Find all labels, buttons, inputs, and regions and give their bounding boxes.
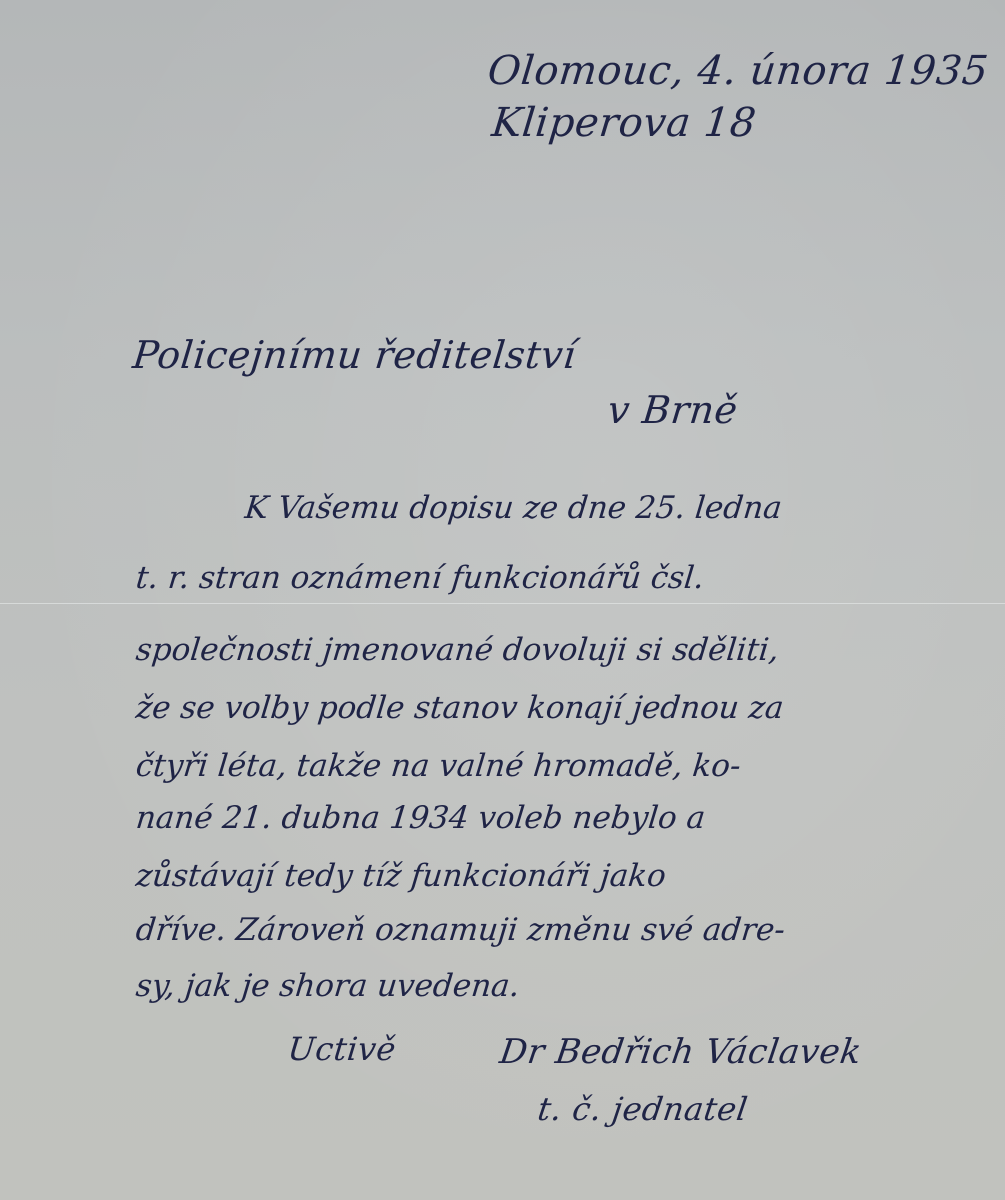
body-line: K Vašemu dopisu ze dne 25. ledna [243, 490, 784, 526]
body-line: sy, jak je shora uvedena. [134, 968, 521, 1004]
paper-fold-line [0, 603, 1005, 604]
body-line: dříve. Zároveň oznamuji změnu své adre- [134, 912, 787, 948]
closing-salutation: Uctivě [286, 1030, 398, 1068]
body-line: společnosti jmenované dovoluji si sdělit… [134, 632, 781, 668]
body-line: nané 21. dubna 1934 voleb nebylo a [134, 800, 707, 836]
recipient-city: v Brně [606, 388, 740, 432]
body-line: zůstávají tedy tíž funkcionáři jako [134, 858, 668, 894]
sender-address: Kliperova 18 [490, 100, 759, 146]
recipient-name: Policejnímu ředitelství [131, 333, 579, 377]
signature-title: t. č. jednatel [535, 1090, 750, 1128]
place-date: Olomouc, 4. února 1935 [486, 48, 991, 94]
body-line: t. r. stran oznámení funkcionářů čsl. [134, 560, 706, 596]
body-line: že se volby podle stanov konají jednou z… [134, 690, 785, 726]
letter-page: Olomouc, 4. února 1935 Kliperova 18 Poli… [0, 0, 1005, 1200]
body-line: čtyři léta, takže na valné hromadě, ko- [134, 748, 742, 784]
signature-name: Dr Bedřich Václavek [497, 1032, 864, 1072]
